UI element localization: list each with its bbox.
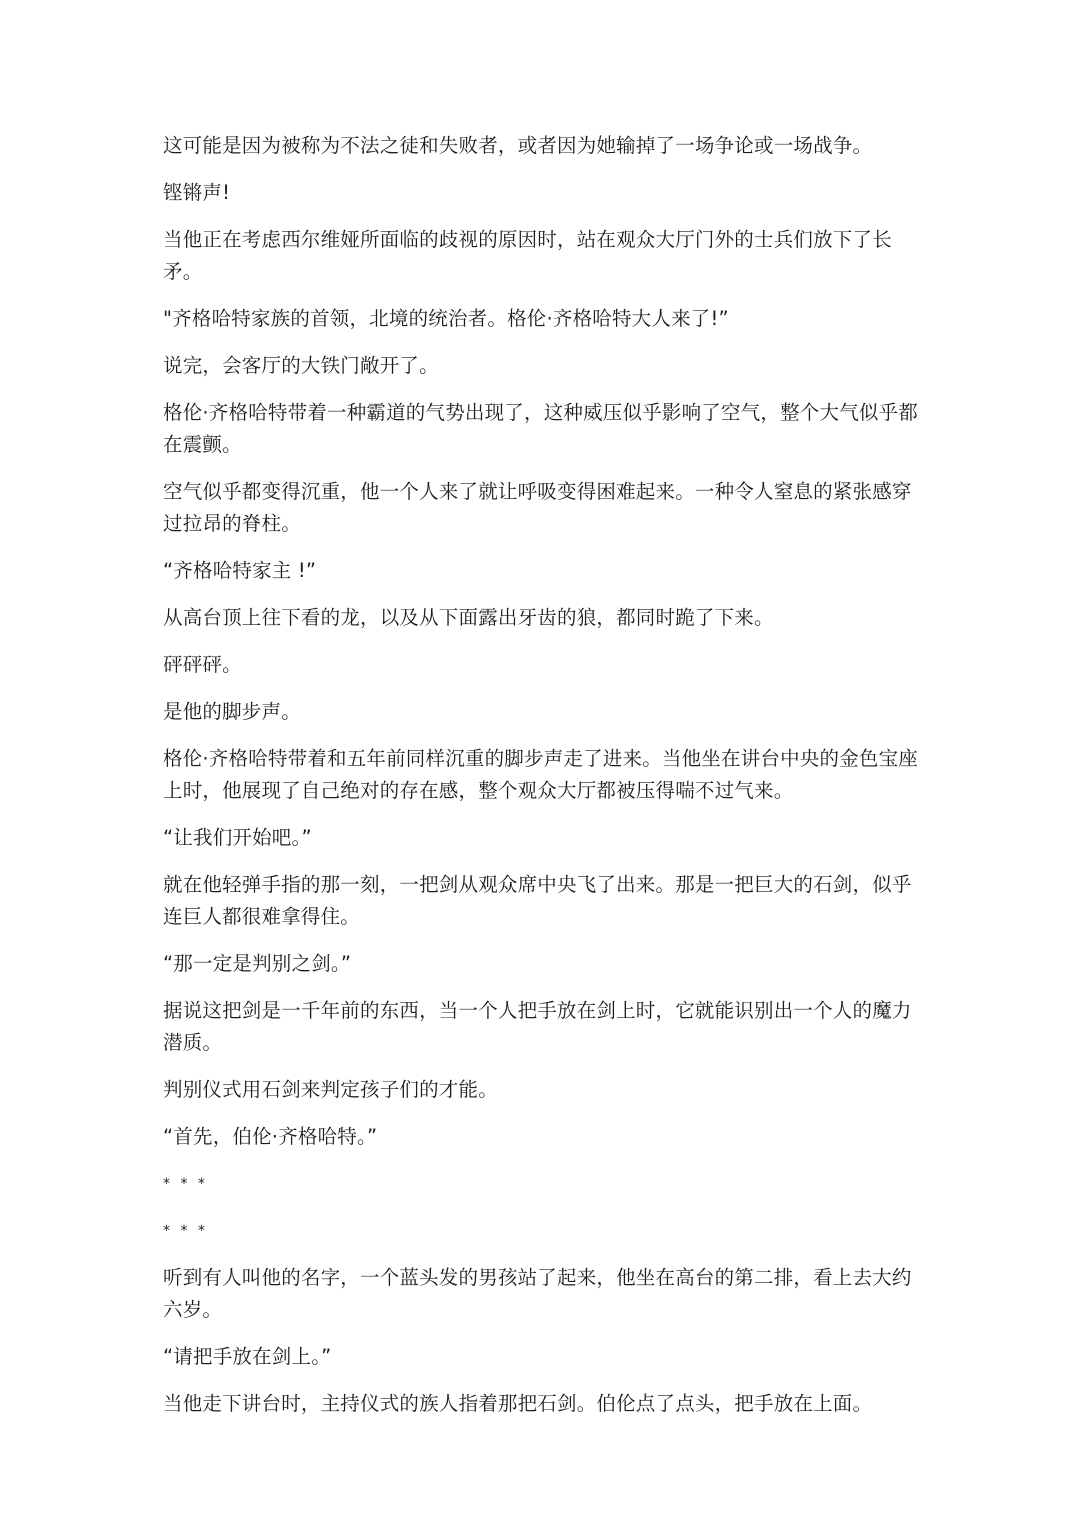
paragraph: 从高台顶上往下看的龙，以及从下面露出牙齿的狼，都同时跪了下来。 bbox=[163, 602, 923, 634]
paragraph: “齐格哈特家主 !” bbox=[163, 555, 923, 587]
paragraph: 听到有人叫他的名字，一个蓝头发的男孩站了起来，他坐在高台的第二排，看上去大约六岁… bbox=[163, 1262, 923, 1326]
paragraph: “首先，伯伦·齐格哈特。” bbox=[163, 1121, 923, 1153]
section-separator: * * * bbox=[163, 1215, 923, 1247]
paragraph: “让我们开始吧。” bbox=[163, 822, 923, 854]
paragraph: 这可能是因为被称为不法之徒和失败者，或者因为她输掉了一场争论或一场战争。 bbox=[163, 130, 923, 162]
paragraph: 就在他轻弹手指的那一刻，一把剑从观众席中央飞了出来。那是一把巨大的石剑，似乎连巨… bbox=[163, 869, 923, 933]
paragraph: 据说这把剑是一千年前的东西，当一个人把手放在剑上时，它就能识别出一个人的魔力潜质… bbox=[163, 995, 923, 1059]
paragraph: “请把手放在剑上。” bbox=[163, 1341, 923, 1373]
document-page: 这可能是因为被称为不法之徒和失败者，或者因为她输掉了一场争论或一场战争。 铿锵声… bbox=[163, 130, 923, 1435]
paragraph: 空气似乎都变得沉重，他一个人来了就让呼吸变得困难起来。一种令人窒息的紧张感穿过拉… bbox=[163, 476, 923, 540]
paragraph: "齐格哈特家族的首领，北境的统治者。格伦·齐格哈特大人来了!” bbox=[163, 303, 923, 335]
paragraph: 铿锵声! bbox=[163, 177, 923, 209]
paragraph: 是他的脚步声。 bbox=[163, 696, 923, 728]
paragraph: 砰砰砰。 bbox=[163, 649, 923, 681]
paragraph: 当他正在考虑西尔维娅所面临的歧视的原因时，站在观众大厅门外的士兵们放下了长矛。 bbox=[163, 224, 923, 288]
paragraph: “那一定是判别之剑。” bbox=[163, 948, 923, 980]
section-separator: * * * bbox=[163, 1168, 923, 1200]
paragraph: 格伦·齐格哈特带着一种霸道的气势出现了，这种威压似乎影响了空气，整个大气似乎都在… bbox=[163, 397, 923, 461]
paragraph: 判别仪式用石剑来判定孩子们的才能。 bbox=[163, 1074, 923, 1106]
paragraph: 格伦·齐格哈特带着和五年前同样沉重的脚步声走了进来。当他坐在讲台中央的金色宝座上… bbox=[163, 743, 923, 807]
paragraph: 当他走下讲台时，主持仪式的族人指着那把石剑。伯伦点了点头，把手放在上面。 bbox=[163, 1388, 923, 1420]
paragraph: 说完，会客厅的大铁门敞开了。 bbox=[163, 350, 923, 382]
